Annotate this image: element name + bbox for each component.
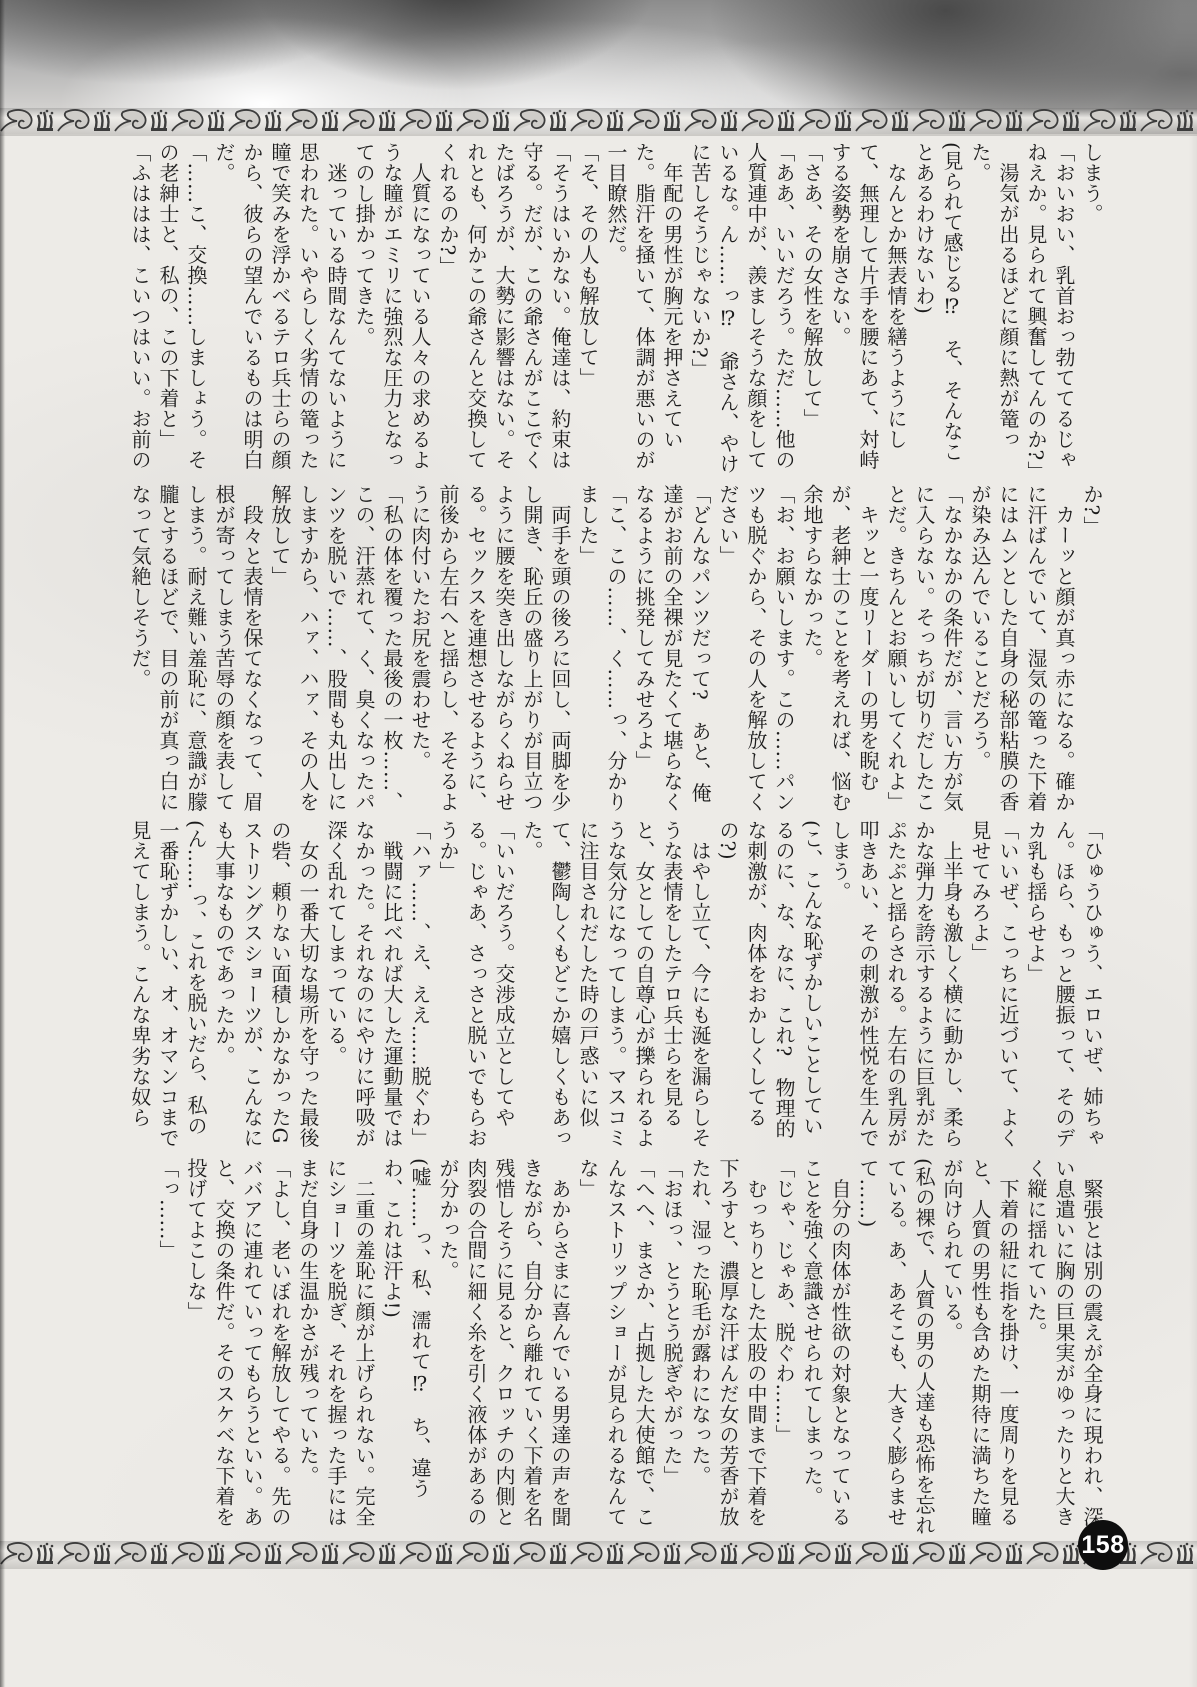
wave-border-bottom	[0, 1541, 1197, 1569]
paragraph: 自分の肉体が性欲の対象となっていることを強く意識させられてしまった。	[798, 1158, 854, 1538]
paragraph: 「こ、この……、く……っ、分かりました」	[574, 484, 630, 816]
paragraph: 「よし、老いぼれを解放してやる。先のババアに連れていってもらうといい。あと、交換…	[182, 1158, 294, 1538]
paragraph: 「私の体を覆った最後の一枚……、この、汗蒸れて、く、臭くなったパンツを脱いで………	[266, 484, 406, 816]
paragraph: 「どんなパンツだって? あと、俺達がお前の全裸が見たくて堪らなくなるように挑発し…	[630, 484, 714, 816]
paragraph: 「おいおい、乳首おっ勃ててるじゃねえか。見られて興奮してんのか?」	[1022, 142, 1078, 476]
paragraph: 「っ……」	[154, 1158, 182, 1538]
paragraph: 「じゃ、じゃあ、脱ぐわ……」	[770, 1158, 798, 1538]
wave-border-top	[0, 108, 1197, 136]
paragraph: 「さあ、その女性を解放して」	[798, 142, 826, 476]
text-band-2: か?」 カーッと顔が真っ赤になる。確かに汗ばんでいて、湿気の篭った下着にはムンと…	[128, 484, 1106, 816]
paragraph: カーッと顔が真っ赤になる。確かに汗ばんでいて、湿気の篭った下着にはムンとした自身…	[966, 484, 1078, 816]
paragraph: キッと一度リーダーの男を睨むが、老紳士のことを考えれば、悩む余地すらなかった。	[798, 484, 882, 816]
paragraph: しまう。	[1078, 142, 1106, 476]
text-band-4: 緊張とは別の震えが全身に現われ、深い息遣いに胸の巨果実がゆったりと大きく縦に揺れ…	[128, 1158, 1106, 1538]
paragraph: 迷っている時間なんてないように思われた。いやらしく劣情の篭った瞳で笑みを浮かべる…	[210, 142, 350, 476]
paragraph: 年配の男性が胸元を押さえていた。脂汗を掻いて、体調が悪いのが一目瞭然だ。	[602, 142, 686, 476]
paragraph: 二重の羞恥に顔が上げられない。完全にショーツを脱ぎ、それを握った手にはまだ自身の…	[294, 1158, 378, 1538]
paragraph: 上半身も激しく横に動かし、柔らかな弾力を誇示するように巨乳がたぷたぷと揺らされる…	[826, 820, 966, 1152]
paragraph: (私の裸で、人質の男の人達も恐怖を忘れている。あ、あそこも、大きく膨らませて………	[854, 1158, 938, 1538]
paragraph: 「いいぜ、こっちに近づいて、よく見せてみろよ」	[966, 820, 1022, 1152]
paragraph: 湯気が出るほどに顔に熱が篭った。	[966, 142, 1022, 476]
page-number-badge: 158	[1078, 1520, 1128, 1570]
wave-pattern-icon	[0, 1541, 1197, 1569]
paragraph: 「そうはいかない。俺達は、約束は守る。だが、この爺さんがここでくたばろうが、大勢…	[434, 142, 574, 476]
paragraph: 「そ、その人も解放して」	[574, 142, 602, 476]
paragraph: 「……こ、交換……しましょう。その老紳士と、私の、この下着と」	[154, 142, 210, 476]
text-band-3: 「ひゅうひゅう、エロいぜ、姉ちゃん。ほら、もっと腰振って、そのデカ乳も揺らせよ」…	[128, 820, 1106, 1152]
scan-edge-shadow	[0, 0, 5, 1687]
paragraph: (見られて感じる⁉ そ、そんなことあるわけないわ)	[910, 142, 966, 476]
page-number: 158	[1081, 1531, 1124, 1560]
paragraph: 「ふははは、こいつはいい。お前のその臭そうなパンツとこの老いぼれと	[128, 142, 154, 476]
paragraph: 「ハァ……、え、ええ……脱ぐわ」	[406, 820, 434, 1152]
paragraph: 「お、お願いします。この……パンツも脱ぐから、その人を解放してください」	[714, 484, 798, 816]
paragraph: 「ああ、いいだろう。ただ……他の人質連中が、羨ましそうな顔をしているな。ん……っ…	[686, 142, 798, 476]
paragraph: はやし立て、今にも涎を漏らしそうな表情をしたテロ兵士らを見ると、女としての自尊心…	[518, 820, 714, 1152]
paragraph: (嘘……っ、私、濡れて⁉ ち、違うわ、これは汗よ!)	[378, 1158, 434, 1538]
book-page: しまう。「おいおい、乳首おっ勃ててるじゃねえか。見られて興奮してんのか?」 湯気…	[0, 0, 1197, 1687]
text-band-1: しまう。「おいおい、乳首おっ勃ててるじゃねえか。見られて興奮してんのか?」 湯気…	[128, 142, 1106, 476]
paragraph: 「なかなかの条件だが、言い方が気に入らない。そっちが切りだしたことだ。きちんとお…	[882, 484, 966, 816]
paragraph: むっちりとした太股の中間まで下着を下ろすと、濃厚な汗ばんだ女の芳香が放たれ、湿っ…	[686, 1158, 770, 1538]
paragraph: (ん……っ、これを脱いだら、私の一番恥ずかしい、オ、オマンコまで見えてしまう。こ…	[128, 820, 210, 1152]
paragraph: 段々と表情を保てなくなって、眉根が寄ってしまう苦辱の顔を表してしまう。耐え難い羞…	[128, 484, 266, 816]
paragraph: 「へへ、まさか、占拠した大使館で、こんなストリップショーが見られるなんてな」	[574, 1158, 658, 1538]
paragraph: か?」	[1078, 484, 1106, 816]
paragraph: 戦闘に比べれば大した運動量ではなかった。それなのにやけに呼吸が深く乱れてしまって…	[322, 820, 406, 1152]
paragraph: 女の一番大切な場所を守った最後の砦、頼りない面積しかなかったGストリングスショー…	[210, 820, 322, 1152]
paragraph: 「いいだろう。交渉成立としてやる。じゃあ、さっさと脱いでもらおうか」	[434, 820, 518, 1152]
paragraph: 両手を頭の後ろに回し、両脚を少し開き、恥丘の盛り上がりが目立つように腰を突き出し…	[406, 484, 574, 816]
paragraph: なんとか無表情を繕うようにして、無理して片手を腰にあて、対峙する姿勢を崩さない。	[826, 142, 910, 476]
paragraph: あからさまに喜んでいる男達の声を聞きながら、自分から離れていく下着を名残惜しそう…	[434, 1158, 574, 1538]
paragraph: 人質になっている人々の求めるような瞳がエミリに強烈な圧力となってのし掛かってきた…	[350, 142, 434, 476]
paragraph: 緊張とは別の震えが全身に現われ、深い息遣いに胸の巨果実がゆったりと大きく縦に揺れ…	[1022, 1158, 1106, 1538]
paragraph: 「ひゅうひゅう、エロいぜ、姉ちゃん。ほら、もっと腰振って、そのデカ乳も揺らせよ」	[1022, 820, 1106, 1152]
paragraph: 下着の紐に指を掛け、一度周りを見ると、人質の男性も含めた期待に満ちた瞳が向けられ…	[938, 1158, 1022, 1538]
paragraph: (こ、こんな恥ずかしいことしているのに、な、なに、これ? 物理的な刺激が、肉体を…	[714, 820, 826, 1152]
paragraph: 「おほっ、とうとう脱ぎやがった」	[658, 1158, 686, 1538]
wave-pattern-icon	[0, 108, 1197, 136]
